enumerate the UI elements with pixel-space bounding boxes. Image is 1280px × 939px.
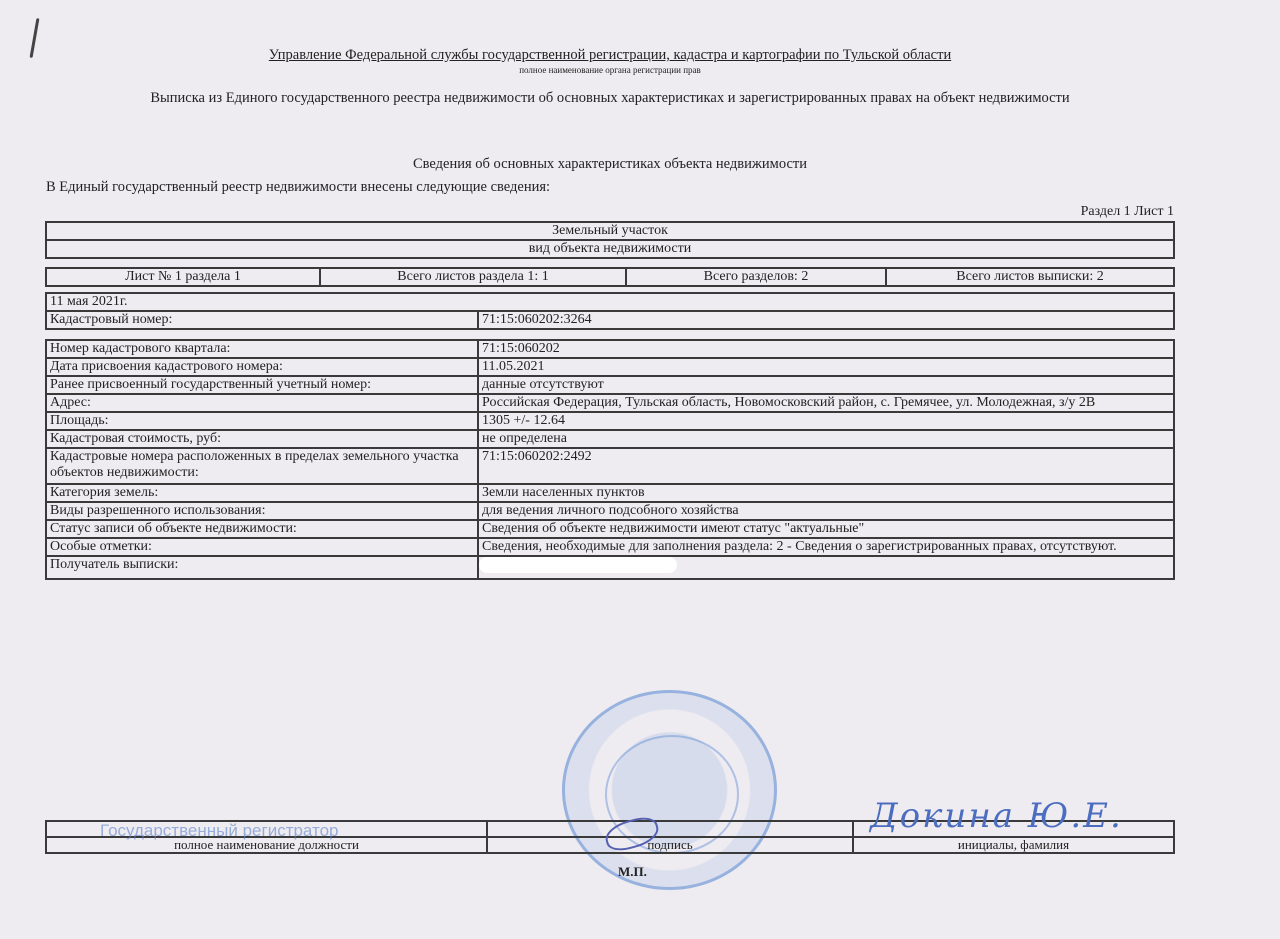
- row-label: Ранее присвоенный государственный учетны…: [46, 376, 478, 394]
- row-value: 11.05.2021: [478, 358, 1174, 376]
- table-row: Адрес:Российская Федерация, Тульская обл…: [46, 394, 1174, 412]
- row-value: данные отсутствуют: [478, 376, 1174, 394]
- row-value-redacted: [478, 556, 1174, 579]
- table-row: Площадь:1305 +/- 12.64: [46, 412, 1174, 430]
- document-title: Выписка из Единого государственного реес…: [0, 90, 1220, 107]
- row-value: для ведения личного подсобного хозяйства: [478, 502, 1174, 520]
- row-label: Виды разрешенного использования:: [46, 502, 478, 520]
- table-row: Категория земель:Земли населенных пункто…: [46, 484, 1174, 502]
- row-label: Получатель выписки:: [46, 556, 478, 579]
- row-value: Сведения, необходимые для заполнения раз…: [478, 538, 1174, 556]
- table-row: Особые отметки:Сведения, необходимые для…: [46, 538, 1174, 556]
- row-label: Особые отметки:: [46, 538, 478, 556]
- row-label: Номер кадастрового квартала:: [46, 340, 478, 358]
- section-sheets-total: Всего листов раздела 1: 1: [320, 268, 626, 286]
- signature-caption: подпись: [487, 837, 853, 853]
- cadastral-number-value: 71:15:060202:3264: [478, 311, 1174, 329]
- row-label: Категория земель:: [46, 484, 478, 502]
- row-label: Кадастровая стоимость, руб:: [46, 430, 478, 448]
- row-value: 71:15:060202:2492: [478, 448, 1174, 484]
- row-label: Площадь:: [46, 412, 478, 430]
- object-type-caption: вид объекта недвижимости: [46, 240, 1174, 258]
- handwritten-name: Докина Ю.Е.: [870, 796, 1123, 836]
- redaction-mark: [479, 557, 677, 573]
- table-row: Номер кадастрового квартала:71:15:060202: [46, 340, 1174, 358]
- table-row: Виды разрешенного использования:для веде…: [46, 502, 1174, 520]
- sheets-table: Лист № 1 раздела 1 Всего листов раздела …: [45, 267, 1175, 287]
- extract-date: 11 мая 2021г.: [46, 293, 1174, 311]
- table-row: Дата присвоения кадастрового номера:11.0…: [46, 358, 1174, 376]
- intro-text: В Единый государственный реестр недвижим…: [46, 179, 550, 196]
- table-row: Кадастровые номера расположенных в преде…: [46, 448, 1174, 484]
- row-label: Кадастровые номера расположенных в преде…: [46, 448, 478, 484]
- row-value: не определена: [478, 430, 1174, 448]
- sheet-reference: Раздел 1 Лист 1: [1081, 204, 1174, 220]
- name-caption: инициалы, фамилия: [853, 837, 1174, 853]
- sections-total: Всего разделов: 2: [626, 268, 886, 286]
- sheet-number: Лист № 1 раздела 1: [46, 268, 320, 286]
- table-row: Получатель выписки:: [46, 556, 1174, 579]
- extract-sheets-total: Всего листов выписки: 2: [886, 268, 1174, 286]
- row-value: 1305 +/- 12.64: [478, 412, 1174, 430]
- row-label: Адрес:: [46, 394, 478, 412]
- row-label: Статус записи об объекте недвижимости:: [46, 520, 478, 538]
- signature-cell: [487, 821, 853, 837]
- seal-caption: М.П.: [618, 864, 647, 880]
- section-title: Сведения об основных характеристиках объ…: [0, 156, 1220, 173]
- table-row: Статус записи об объекте недвижимости:Св…: [46, 520, 1174, 538]
- characteristics-table: Номер кадастрового квартала:71:15:060202…: [45, 339, 1175, 580]
- organization-title: Управление Федеральной службы государств…: [0, 47, 1220, 64]
- table-row: Ранее присвоенный государственный учетны…: [46, 376, 1174, 394]
- organization-caption: полное наименование органа регистрации п…: [0, 65, 1220, 75]
- registrar-position-stamp: Государственный регистратор: [100, 821, 339, 841]
- row-label: Дата присвоения кадастрового номера:: [46, 358, 478, 376]
- cadastral-number-label: Кадастровый номер:: [46, 311, 478, 329]
- header-table: 11 мая 2021г. Кадастровый номер: 71:15:0…: [45, 292, 1175, 330]
- object-type-table: Земельный участок вид объекта недвижимос…: [45, 221, 1175, 259]
- row-value: 71:15:060202: [478, 340, 1174, 358]
- table-row: Кадастровая стоимость, руб:не определена: [46, 430, 1174, 448]
- row-value: Земли населенных пунктов: [478, 484, 1174, 502]
- row-value: Сведения об объекте недвижимости имеют с…: [478, 520, 1174, 538]
- row-value: Российская Федерация, Тульская область, …: [478, 394, 1174, 412]
- object-type: Земельный участок: [46, 222, 1174, 240]
